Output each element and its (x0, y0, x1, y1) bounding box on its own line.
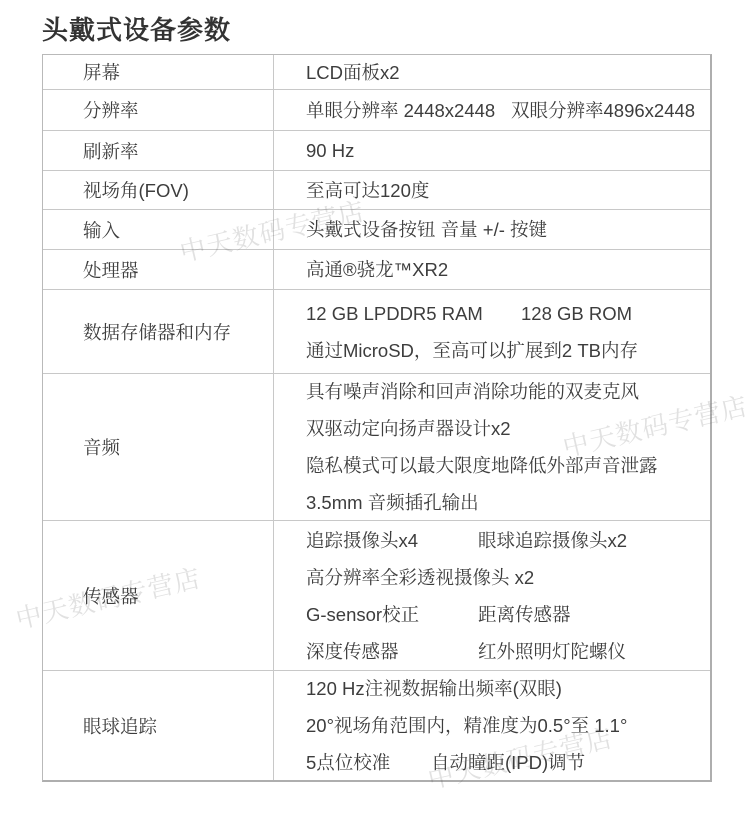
spec-value: LCD面板x2 (274, 55, 710, 89)
spec-value-line: 头戴式设备按钮 音量 +/- 按键 (306, 211, 710, 248)
spec-value-line: 双驱动定向扬声器设计x2 (306, 410, 710, 447)
table-row: 视场角(FOV)至高可达120度 (43, 170, 710, 209)
spec-value-segment: 90 Hz (306, 132, 354, 169)
spec-value-segment: 隐私模式可以最大限度地降低外部声音泄露 (306, 447, 658, 484)
spec-value-line: LCD面板x2 (306, 54, 710, 91)
spec-label: 屏幕 (43, 55, 274, 89)
spec-label: 分辨率 (43, 90, 274, 130)
spec-value-segment: LCD面板x2 (306, 54, 400, 91)
table-row: 传感器追踪摄像头x4眼球追踪摄像头x2高分辨率全彩透视摄像头 x2G-senso… (43, 520, 710, 670)
spec-value-segment: 红外照明灯陀螺仪 (478, 633, 626, 670)
spec-value-line: 120 Hz注视数据输出频率(双眼) (306, 670, 710, 707)
table-row: 数据存储器和内存12 GB LPDDR5 RAM128 GB ROM通过Micr… (43, 289, 710, 373)
spec-value-segment: G-sensor校正 (306, 596, 478, 633)
spec-label: 传感器 (43, 521, 274, 670)
spec-value-segment: 深度传感器 (306, 633, 478, 670)
spec-value-segment: 单眼分辨率 2448x2448 (306, 92, 511, 129)
table-row: 分辨率单眼分辨率 2448x2448双眼分辨率4896x2448 (43, 89, 710, 130)
spec-value-segment: 128 GB ROM (521, 295, 632, 332)
spec-value-line: 5点位校准自动瞳距(IPD)调节 (306, 744, 710, 781)
table-row: 眼球追踪120 Hz注视数据输出频率(双眼)20°视场角范围内，精准度为0.5°… (43, 670, 710, 780)
spec-value-segment: 12 GB LPDDR5 RAM (306, 295, 521, 332)
spec-value-line: 隐私模式可以最大限度地降低外部声音泄露 (306, 447, 710, 484)
spec-value-segment: 头戴式设备按钮 音量 +/- 按键 (306, 211, 547, 248)
table-row: 屏幕LCD面板x2 (43, 55, 710, 89)
spec-label: 视场角(FOV) (43, 171, 274, 209)
spec-value: 头戴式设备按钮 音量 +/- 按键 (274, 210, 710, 249)
spec-value-line: 追踪摄像头x4眼球追踪摄像头x2 (306, 522, 710, 559)
spec-label: 处理器 (43, 250, 274, 289)
spec-value-segment: 120 Hz注视数据输出频率(双眼) (306, 670, 562, 707)
spec-value: 12 GB LPDDR5 RAM128 GB ROM通过MicroSD，至高可以… (274, 290, 710, 373)
spec-value-line: 20°视场角范围内，精准度为0.5°至 1.1° (306, 707, 710, 744)
spec-value-line: G-sensor校正距离传感器 (306, 596, 710, 633)
spec-value-line: 具有噪声消除和回声消除功能的双麦克风 (306, 373, 710, 410)
spec-value-segment: 距离传感器 (478, 596, 571, 633)
spec-label: 输入 (43, 210, 274, 249)
spec-value-segment: 双驱动定向扬声器设计x2 (306, 410, 511, 447)
spec-label: 音频 (43, 374, 274, 520)
spec-value-segment: 通过MicroSD，至高可以扩展到2 TB内存 (306, 332, 638, 369)
spec-value: 至高可达120度 (274, 171, 710, 209)
spec-value-line: 3.5mm 音频插孔输出 (306, 484, 710, 521)
spec-value: 具有噪声消除和回声消除功能的双麦克风双驱动定向扬声器设计x2隐私模式可以最大限度… (274, 374, 710, 520)
spec-value-line: 高分辨率全彩透视摄像头 x2 (306, 559, 710, 596)
spec-value: 高通®骁龙™XR2 (274, 250, 710, 289)
spec-value-segment: 5点位校准 (306, 744, 431, 781)
spec-value: 120 Hz注视数据输出频率(双眼)20°视场角范围内，精准度为0.5°至 1.… (274, 671, 710, 780)
page-title: 头戴式设备参数 (42, 10, 231, 47)
spec-label: 眼球追踪 (43, 671, 274, 780)
spec-value-segment: 高通®骁龙™XR2 (306, 251, 448, 288)
spec-value-segment: 3.5mm 音频插孔输出 (306, 484, 479, 521)
spec-value-segment: 高分辨率全彩透视摄像头 x2 (306, 559, 534, 596)
spec-value-segment: 至高可达120度 (306, 172, 429, 209)
table-row: 刷新率90 Hz (43, 130, 710, 170)
spec-value-segment: 追踪摄像头x4 (306, 522, 478, 559)
spec-value-segment: 自动瞳距(IPD)调节 (431, 744, 585, 781)
spec-value: 90 Hz (274, 131, 710, 170)
spec-value-line: 单眼分辨率 2448x2448双眼分辨率4896x2448 (306, 92, 710, 129)
spec-table: 屏幕LCD面板x2分辨率单眼分辨率 2448x2448双眼分辨率4896x244… (42, 54, 712, 782)
table-row: 音频具有噪声消除和回声消除功能的双麦克风双驱动定向扬声器设计x2隐私模式可以最大… (43, 373, 710, 520)
spec-value-segment: 具有噪声消除和回声消除功能的双麦克风 (306, 373, 639, 410)
table-row: 输入头戴式设备按钮 音量 +/- 按键 (43, 209, 710, 249)
table-row: 处理器高通®骁龙™XR2 (43, 249, 710, 289)
spec-value-line: 12 GB LPDDR5 RAM128 GB ROM (306, 295, 710, 332)
spec-value-line: 高通®骁龙™XR2 (306, 251, 710, 288)
spec-value-line: 90 Hz (306, 132, 710, 169)
spec-value: 追踪摄像头x4眼球追踪摄像头x2高分辨率全彩透视摄像头 x2G-sensor校正… (274, 521, 710, 670)
spec-value-segment: 20°视场角范围内，精准度为0.5°至 1.1° (306, 707, 627, 744)
spec-value-line: 至高可达120度 (306, 172, 710, 209)
spec-label: 刷新率 (43, 131, 274, 170)
spec-value-line: 通过MicroSD，至高可以扩展到2 TB内存 (306, 332, 710, 369)
spec-label: 数据存储器和内存 (43, 290, 274, 373)
spec-value-segment: 双眼分辨率4896x2448 (511, 92, 695, 129)
spec-value: 单眼分辨率 2448x2448双眼分辨率4896x2448 (274, 90, 710, 130)
spec-value-line: 深度传感器红外照明灯陀螺仪 (306, 633, 710, 670)
spec-value-segment: 眼球追踪摄像头x2 (478, 522, 627, 559)
